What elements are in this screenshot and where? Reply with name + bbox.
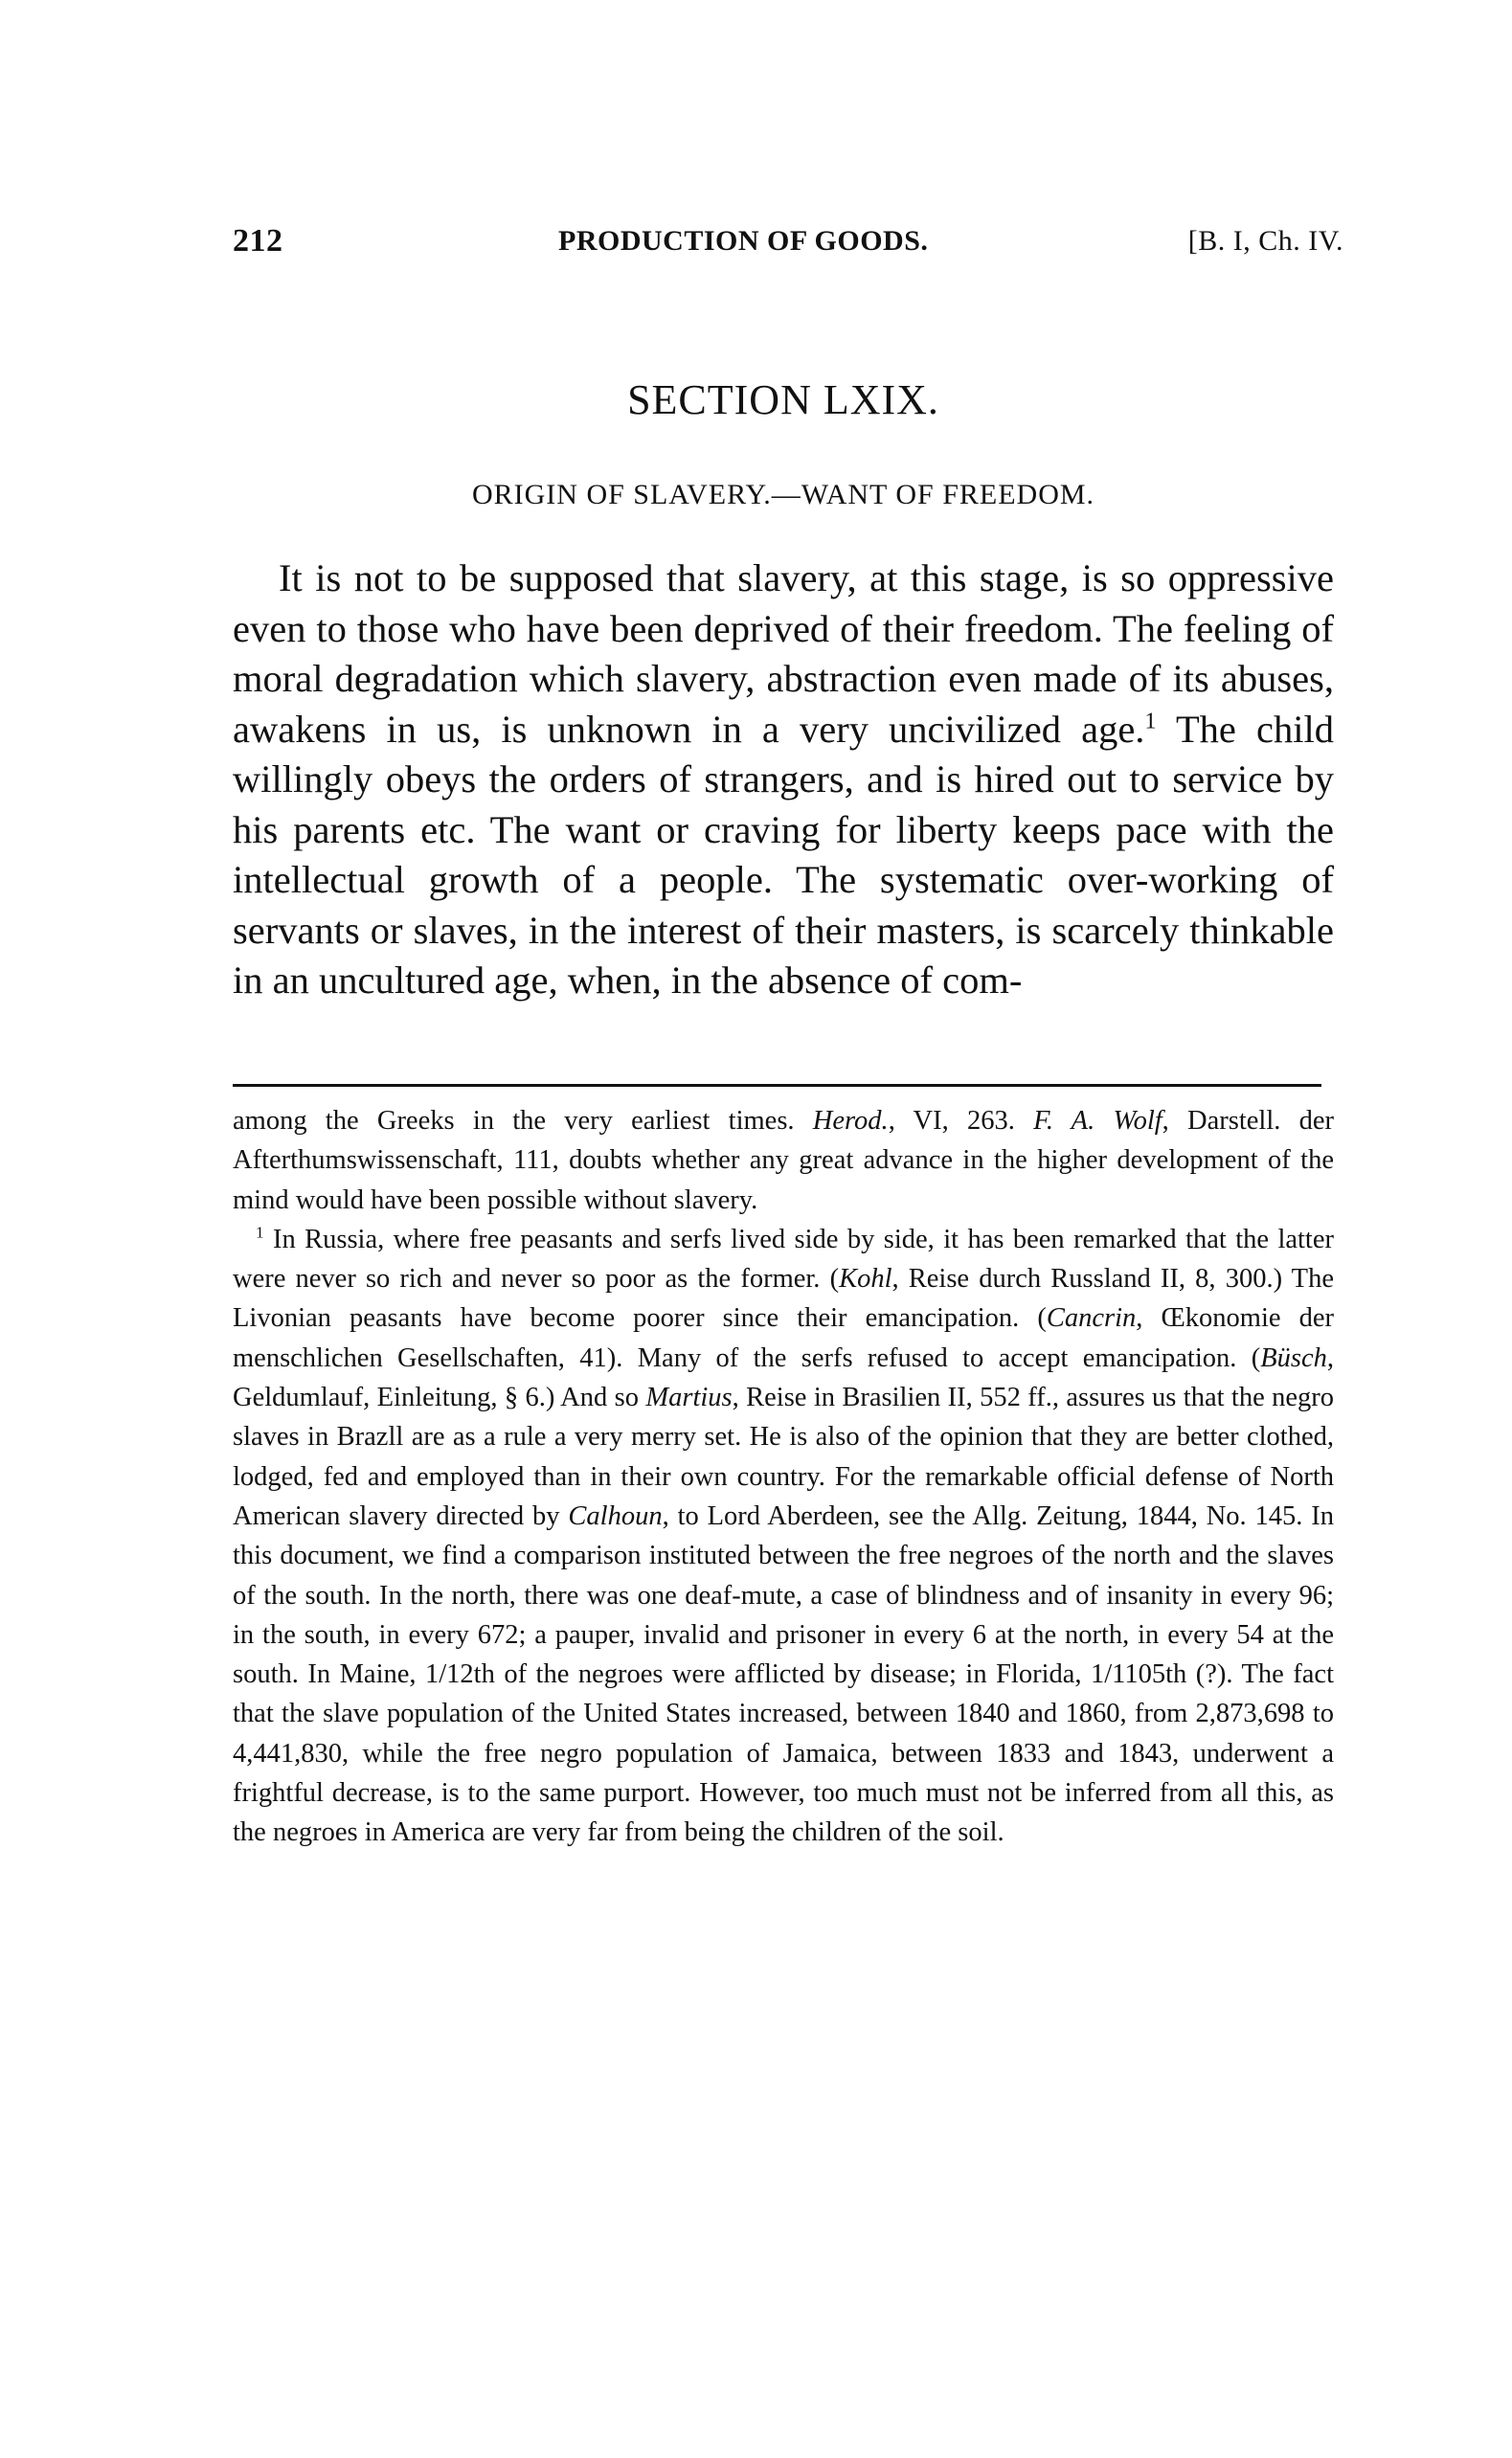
footnote-text: , VI, 263.: [889, 1106, 1033, 1136]
footnote-text: , to Lord Aberdeen, see the Allg. Zeitun…: [233, 1501, 1334, 1847]
citation-author: F. A. Wolf: [1033, 1106, 1162, 1136]
footnote-1: 1 In Russia, where free peasants and ser…: [233, 1220, 1334, 1853]
footnote-divider: [233, 1084, 1321, 1087]
footnotes: among the Greeks in the very earliest ti…: [233, 1101, 1334, 1853]
footnote-ref[interactable]: 1: [1144, 708, 1156, 733]
citation-author: Herod.: [813, 1106, 889, 1136]
body-paragraph: It is not to be supposed that slavery, a…: [233, 553, 1334, 1006]
body-text: It is not to be supposed that slavery, a…: [233, 553, 1334, 1006]
running-title: PRODUCTION OF GOODS.: [558, 225, 928, 258]
citation-author: Martius: [645, 1383, 732, 1412]
chapter-reference: [B. I, Ch. IV.: [1188, 225, 1343, 258]
section-title: SECTION LXIX.: [233, 375, 1334, 424]
footnote-marker: 1: [256, 1223, 264, 1241]
page-number: 212: [233, 223, 283, 259]
citation-author: Kohl: [839, 1264, 891, 1294]
citation-author: Cancrin: [1047, 1303, 1136, 1333]
body-text-run: The child willingly obeys the orders of …: [233, 708, 1334, 1003]
section-subtitle: ORIGIN OF SLAVERY.—WANT OF FREEDOM.: [233, 479, 1334, 511]
citation-author: Büsch: [1260, 1343, 1327, 1373]
footnote-continued: among the Greeks in the very earliest ti…: [233, 1101, 1334, 1220]
citation-author: Calhoun: [568, 1501, 662, 1531]
running-head: 212 PRODUCTION OF GOODS. [B. I, Ch. IV.: [233, 223, 1334, 261]
footnote-text: among the Greeks in the very earliest ti…: [233, 1106, 813, 1136]
